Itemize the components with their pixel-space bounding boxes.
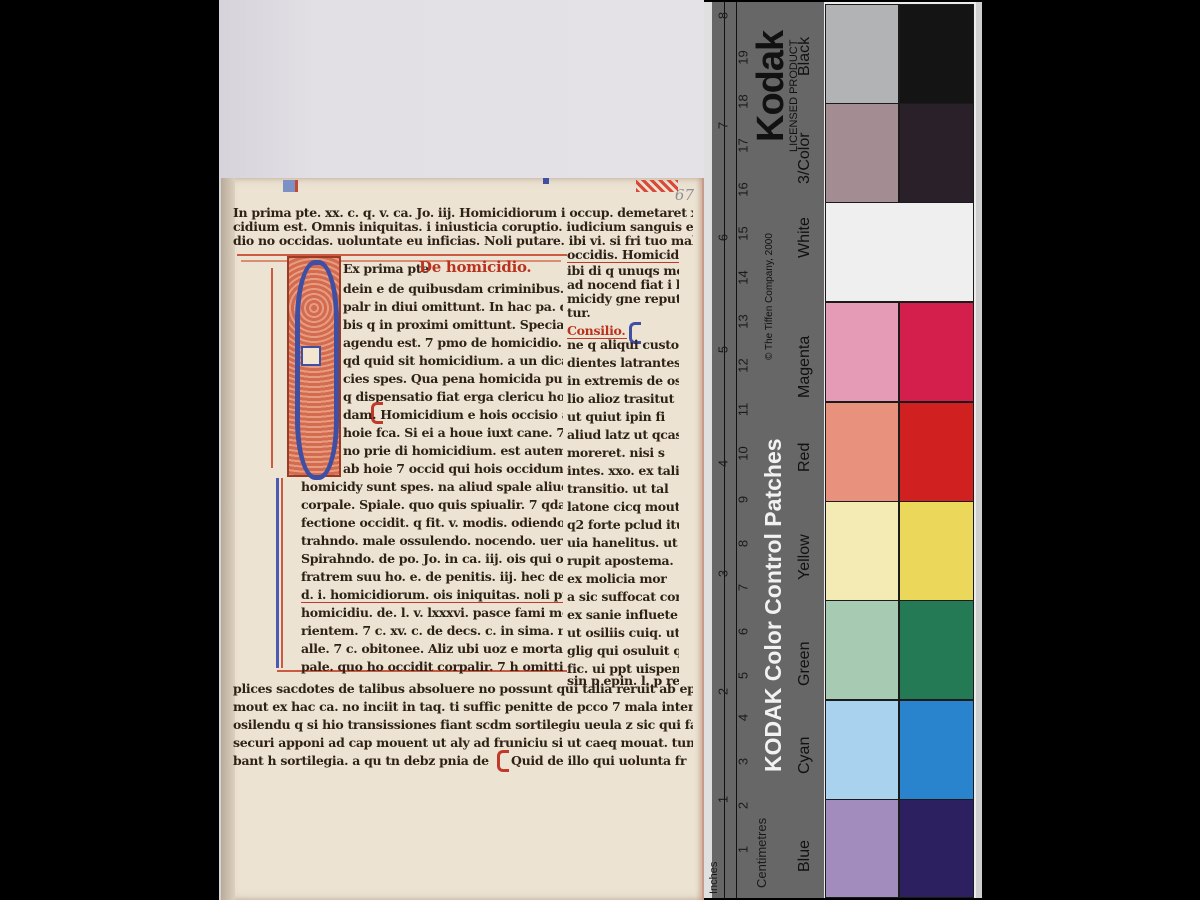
patch-label-red: Red: [796, 443, 814, 472]
text-line-main-1: dein e de quibusdam criminibus. q princi: [343, 282, 563, 296]
patch-label-black: Black: [796, 37, 814, 76]
text-line-bottom-4: securi apponi ad cap mouent ut aly ad fr…: [233, 736, 693, 750]
text-line-right-22: ex sanie influete: [567, 608, 679, 622]
patch-label-3color: 3/Color: [796, 132, 814, 184]
top-decoration-left: [283, 180, 298, 192]
cm-mark-12: 12: [736, 355, 751, 377]
manuscript-page: 67 In prima pte. xx. c. q. v. ca. Jo. ii…: [221, 178, 704, 900]
cm-mark-19: 19: [736, 47, 751, 69]
paraph-mark-bottom: [497, 750, 509, 772]
patch-label-yellow: Yellow: [796, 534, 814, 580]
text-line-main-6: cies spes. Qua pena homicida puniat.: [343, 372, 563, 386]
top-decoration-mid: [543, 178, 549, 184]
cm-mark-3: 3: [736, 751, 751, 773]
text-line-main-22: pale. quo ho occidit corpalir. 7 h omitt…: [301, 660, 563, 674]
patch-white: [825, 202, 974, 302]
heading-rubric: De homicidio.: [419, 260, 549, 274]
ruler-light-edge: [704, 2, 712, 898]
text-line-right-14: intes. xxo. ex tali: [567, 464, 679, 478]
text-line-right-24: glig qui osuluit q: [567, 644, 679, 658]
patch-label-magenta: Magenta: [796, 336, 814, 398]
cm-mark-4: 4: [736, 707, 751, 729]
inch-mark-1: 1: [716, 789, 731, 811]
text-line-right-1: occidis. Homicidiu: [567, 248, 679, 263]
inch-mark-8: 8: [716, 5, 731, 27]
text-line-bottom-5: bant h sortilegia. a qu tn debz pnia de …: [233, 754, 493, 768]
top-decoration-right: [636, 180, 678, 192]
text-line-top-1: In prima pte. xx. c. q. v. ca. Jo. iij. …: [233, 206, 693, 220]
inch-mark-4: 4: [716, 453, 731, 475]
side-rubric: Consilio.: [567, 324, 627, 339]
blue-flourish-left: [276, 478, 279, 668]
initial-letter-stroke: [295, 260, 339, 480]
patch-yellow-light: [825, 501, 899, 601]
cm-mark-2: 2: [736, 795, 751, 817]
kodak-logo: Kodak: [750, 31, 793, 142]
chart-title: KODAK Color Control Patches: [760, 438, 787, 772]
kodak-ruler-strip: 1 2 3 4 5 6 7 8 1 2 3 4 5 6 7 8 9 10 11 …: [704, 2, 825, 898]
cm-mark-6: 6: [736, 621, 751, 643]
cm-mark-17: 17: [736, 135, 751, 157]
text-line-right-10: lio alioz trasitut: [567, 392, 679, 406]
text-line-top-2: cidium est. Omnis iniquitas. i iniustici…: [233, 220, 693, 234]
inch-mark-2: 2: [716, 681, 731, 703]
text-line-main-11: ab hoie 7 occid qui hois occidum. Spe: [343, 462, 563, 476]
text-line-main-4: agendu est. 7 pmo de homicidio. vidend: [343, 336, 563, 350]
text-line-right-21: a sic suffocat cor: [567, 590, 679, 604]
illuminated-initial: [287, 256, 341, 477]
text-line-right-17: q2 forte pclud itur: [567, 518, 679, 532]
text-line-main-15: trahndo. male ossulendo. nocendo. uer it…: [301, 534, 563, 548]
text-line-right-4: micidy gne reputa: [567, 292, 679, 306]
text-line-right-15: transitio. ut tal: [567, 482, 679, 496]
page-gutter: [221, 178, 235, 900]
patch-blue-light: [825, 799, 899, 898]
text-line-right-2: ibi di q unuqs mor: [567, 264, 679, 278]
cm-mark-1: 1: [736, 839, 751, 861]
text-line-bottom-3: osilendu q si hio transissiones fiant sc…: [233, 718, 693, 732]
centimetres-label: Centimetres: [754, 818, 769, 888]
text-line-main-20: rientem. 7 c. xv. c. de decs. c. in sima…: [301, 624, 563, 638]
initial-knot-ornament: [301, 346, 321, 366]
pen-flourish-left: [271, 268, 273, 468]
patch-red-light: [825, 402, 899, 502]
patch-magenta-light: [825, 302, 899, 402]
patch-label-blue: Blue: [796, 840, 814, 872]
text-line-right-19: rupit apostema.: [567, 554, 679, 568]
text-line-right-23: ut osiliis cuiq. ut: [567, 626, 679, 640]
patch-magenta-dark: [899, 302, 974, 402]
patch-blue-dark: [899, 799, 974, 898]
cm-mark-5: 5: [736, 665, 751, 687]
text-line-main-14: fectione occidit. q fit. v. modis. odien…: [301, 516, 563, 530]
cm-mark-9: 9: [736, 489, 751, 511]
text-line-right-9: in extremis de osi: [567, 374, 679, 388]
patch-green-dark: [899, 600, 974, 700]
patch-label-cyan: Cyan: [796, 737, 814, 774]
patch-yellow-dark: [899, 501, 974, 601]
text-line-main-18: d. i. homicidiorum. ois iniquitas. noli …: [301, 588, 563, 603]
patch-cyan-light: [825, 700, 899, 800]
text-line-main-10: no prie di homicidium. est autem hoi: [343, 444, 563, 458]
text-line-main-2: palr in diui omittunt. In hac pa. de: [343, 300, 563, 314]
patch-green-light: [825, 600, 899, 700]
patch-3color-light: [825, 103, 899, 203]
cm-mark-15: 15: [736, 223, 751, 245]
cm-mark-8: 8: [736, 533, 751, 555]
text-line-right-8: dientes latrantes: [567, 356, 679, 370]
inches-label: Inches: [708, 862, 720, 894]
text-line-main-5: qd quid sit homicidium. a un dicatur. sp: [343, 354, 563, 368]
text-line-main-8: dam. Homicidium e hois occisio ab: [343, 408, 563, 422]
text-line-right-20: ex molicia mor: [567, 572, 679, 586]
color-patches: [824, 2, 982, 898]
text-line-main-21: alle. 7 c. obitonee. Aliz ubi uoz e mort…: [301, 642, 563, 656]
text-line-right-18: uia hanelitus. ut: [567, 536, 679, 550]
text-line-main-13: corpale. Spiale. quo quis spiualir. 7 qd…: [301, 498, 563, 512]
cm-mark-7: 7: [736, 577, 751, 599]
text-line-main-19: homicidiu. de. l. v. lxxxvi. pasce fami …: [301, 606, 563, 620]
text-line-top-3: dio no occidas. uoluntate eu inficias. N…: [233, 234, 693, 248]
text-line-main-9: hoie fca. Si ei a houe iuxt cane. 7 hiis…: [343, 426, 563, 440]
patch-3color-dark: [899, 103, 974, 203]
patch-label-green: Green: [796, 642, 814, 686]
patch-black-dark: [899, 4, 974, 104]
inch-mark-6: 6: [716, 227, 731, 249]
copyright-label: © The Tiffen Company, 2000: [764, 233, 775, 360]
patch-black-light: [825, 4, 899, 104]
text-line-bottom-2: mout ex hac ca. no inciit in taq. ti suf…: [233, 700, 693, 714]
patch-label-white: White: [796, 217, 814, 258]
inch-mark-3: 3: [716, 563, 731, 585]
cm-mark-11: 11: [736, 399, 751, 421]
text-line-right-7: ne q aliqui custo: [567, 338, 679, 352]
text-line-right-16: latone cicq mout: [567, 500, 679, 514]
cm-mark-13: 13: [736, 311, 751, 333]
cm-mark-18: 18: [736, 91, 751, 113]
text-line-right-5: tur.: [567, 306, 679, 320]
patch-red-dark: [899, 402, 974, 502]
inch-mark-5: 5: [716, 339, 731, 361]
text-line-right-3: ad nocend fiat i ho: [567, 278, 679, 292]
text-line-right-13: moreret. nisi s: [567, 446, 679, 460]
inch-mark-7: 7: [716, 115, 731, 137]
cm-mark-14: 14: [736, 267, 751, 289]
text-line-right-11: ut quiut ipin fi: [567, 410, 679, 424]
text-line-main-3: bis q in proximi omittunt. Specialir: [343, 318, 563, 332]
patch-cyan-dark: [899, 700, 974, 800]
text-line-right-12: aliud latz ut qcas: [567, 428, 679, 442]
text-line-main-17: fratrem suu ho. e. de penitis. iij. hec …: [301, 570, 563, 584]
text-line-bottom-6: Quid de illo qui uolunta fr: [511, 754, 691, 768]
cm-mark-10: 10: [736, 443, 751, 465]
text-line-main-12: homicidy sunt spes. na aliud spale aliud: [301, 480, 563, 494]
pen-flourish-left-2: [281, 478, 283, 668]
text-line-main-16: Spirahndo. de po. Jo. in ca. iij. ois qu…: [301, 552, 563, 566]
text-line-bottom-1: plices sacdotes de talibus absoluere no …: [233, 682, 693, 696]
cm-mark-16: 16: [736, 179, 751, 201]
